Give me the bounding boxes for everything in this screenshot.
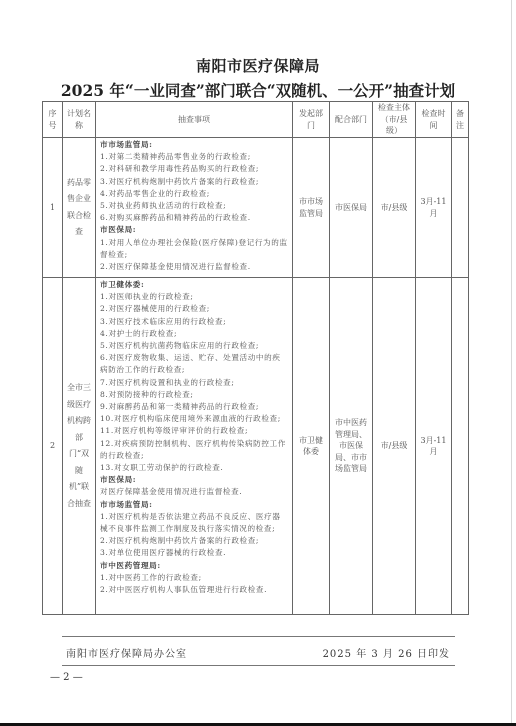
inspection-item: 6.对医疗废物收集、运送、贮存、处置活动中的疾病防治工作的行政检查; bbox=[100, 352, 288, 376]
dept-heading: 市中医药管理局: bbox=[100, 560, 288, 572]
row-subject: 市/县级 bbox=[373, 278, 416, 615]
table-row: 2 全市三级医疗机构跨部门“双随机”联合抽查 市卫健体委: 1.对医师执业的行政… bbox=[43, 278, 469, 615]
row-remark bbox=[452, 138, 469, 278]
footer-divider-bottom bbox=[62, 665, 455, 666]
inspection-item: 3.对医疗机构炮制中药饮片备案的行政检查; bbox=[100, 176, 288, 188]
dept-heading: 市医保局: bbox=[100, 224, 288, 236]
table-row: 1 药品零售企业联合检查 市市场监管局: 1.对第二类精神药品零售业务的行政检查… bbox=[43, 138, 469, 278]
inspection-item: 2.对医疗机构炮制中药饮片备案的行政检查; bbox=[100, 535, 288, 547]
inspection-item: 5.对执业药师执业活动的行政检查; bbox=[100, 200, 288, 212]
header-plan-name: 计划名称 bbox=[63, 102, 96, 138]
row-time: 3月-11月 bbox=[416, 278, 452, 615]
footer-issue-date: 2025 年 3 月 26 日印发 bbox=[323, 645, 450, 660]
header-remark: 备注 bbox=[452, 102, 469, 138]
inspection-item: 4.对护士的行政检查; bbox=[100, 328, 288, 340]
dept-heading: 市市场监管局: bbox=[100, 139, 288, 151]
inspection-item: 10.对医疗机构临床使用境外来源血液的行政检查; bbox=[100, 413, 288, 425]
header-initiator: 发起部门 bbox=[293, 102, 330, 138]
header-subject: 检查主体（市/县级） bbox=[373, 102, 416, 138]
row-remark bbox=[452, 278, 469, 615]
footer-divider-top bbox=[62, 636, 455, 637]
header-cooperator: 配合部门 bbox=[330, 102, 373, 138]
table-header-row: 序号 计划名称 抽查事项 发起部门 配合部门 检查主体（市/县级） 检查时间 备… bbox=[43, 102, 469, 138]
inspection-item: 11.对医疗机构等级评审评价的行政检查; bbox=[100, 425, 288, 437]
document-title-plan: 2025 年“一业同查”部门联合“双随机、一公开”抽查计划 bbox=[0, 79, 516, 101]
inspection-item: 7.对医疗机构设置和执业的行政检查; bbox=[100, 377, 288, 389]
inspection-item: 4.对药品零售企业的行政检查; bbox=[100, 188, 288, 200]
page-edge bbox=[511, 0, 512, 726]
inspection-item: 2.对医疗器械使用的行政检查; bbox=[100, 303, 288, 315]
page-number: — 2 — bbox=[50, 672, 83, 683]
inspection-item: 1.对医疗机构是否依法建立药品不良反应、医疗器械不良事件监测工作制度及执行落实情… bbox=[100, 511, 288, 535]
header-items: 抽查事项 bbox=[96, 102, 293, 138]
inspection-item: 9.对麻醉药品和第一类精神药品的行政检查; bbox=[100, 401, 288, 413]
inspection-item: 6.对购买麻醉药品和精神药品的行政检查. bbox=[100, 212, 288, 224]
inspection-item: 3.对医疗技术临床应用的行政检查; bbox=[100, 316, 288, 328]
document-title-agency: 南阳市医疗保障局 bbox=[0, 55, 516, 76]
inspection-plan-table: 序号 计划名称 抽查事项 发起部门 配合部门 检查主体（市/县级） 检查时间 备… bbox=[42, 101, 469, 615]
row-initiator: 市卫健体委 bbox=[293, 278, 330, 615]
row-plan-name: 全市三级医疗机构跨部门“双随机”联合抽查 bbox=[63, 278, 96, 615]
row-items: 市卫健体委: 1.对医师执业的行政检查; 2.对医疗器械使用的行政检查; 3.对… bbox=[96, 278, 293, 615]
inspection-item: 3.对单位使用医疗器械的行政检查. bbox=[100, 547, 288, 559]
header-seq: 序号 bbox=[43, 102, 63, 138]
row-subject: 市/县级 bbox=[373, 138, 416, 278]
inspection-item: 2.对中医医疗机构人事队伍管理进行行政检查. bbox=[100, 584, 288, 596]
inspection-item: 2.对科研和教学用毒性药品购买的行政检查; bbox=[100, 163, 288, 175]
row-items: 市市场监管局: 1.对第二类精神药品零售业务的行政检查; 2.对科研和教学用毒性… bbox=[96, 138, 293, 278]
row-cooperator: 市医保局 bbox=[330, 138, 373, 278]
inspection-item: 1.对中医药工作的行政检查; bbox=[100, 572, 288, 584]
inspection-item: 2.对医疗保障基金使用情况进行监督检查. bbox=[100, 261, 288, 273]
footer-issuer: 南阳市医疗保障局办公室 bbox=[66, 645, 187, 660]
inspection-item: 对医疗保障基金使用情况进行监督检查. bbox=[100, 486, 288, 498]
row-initiator: 市市场监管局 bbox=[293, 138, 330, 278]
row-plan-name: 药品零售企业联合检查 bbox=[63, 138, 96, 278]
inspection-item: 1.对用人单位办理社会保险(医疗保障)登记行为的监督检查; bbox=[100, 237, 288, 261]
dept-heading: 市卫健体委: bbox=[100, 279, 288, 291]
row-cooperator: 市中医药管理局、市医保局、市市场监管局 bbox=[330, 278, 373, 615]
row-seq: 1 bbox=[43, 138, 63, 278]
row-time: 3月-11月 bbox=[416, 138, 452, 278]
dept-heading: 市医保局: bbox=[100, 474, 288, 486]
inspection-item: 13.对女职工劳动保护的行政检查. bbox=[100, 462, 288, 474]
inspection-item: 8.对预防接种的行政检查; bbox=[100, 389, 288, 401]
inspection-item: 5.对医疗机构抗菌药物临床应用的行政检查; bbox=[100, 340, 288, 352]
row-seq: 2 bbox=[43, 278, 63, 615]
header-time: 检查时间 bbox=[416, 102, 452, 138]
inspection-item: 1.对第二类精神药品零售业务的行政检查; bbox=[100, 151, 288, 163]
inspection-item: 1.对医师执业的行政检查; bbox=[100, 291, 288, 303]
dept-heading: 市市场监管局: bbox=[100, 499, 288, 511]
inspection-item: 12.对疾病预防控制机构、医疗机构传染病防控工作的行政检查; bbox=[100, 438, 288, 462]
